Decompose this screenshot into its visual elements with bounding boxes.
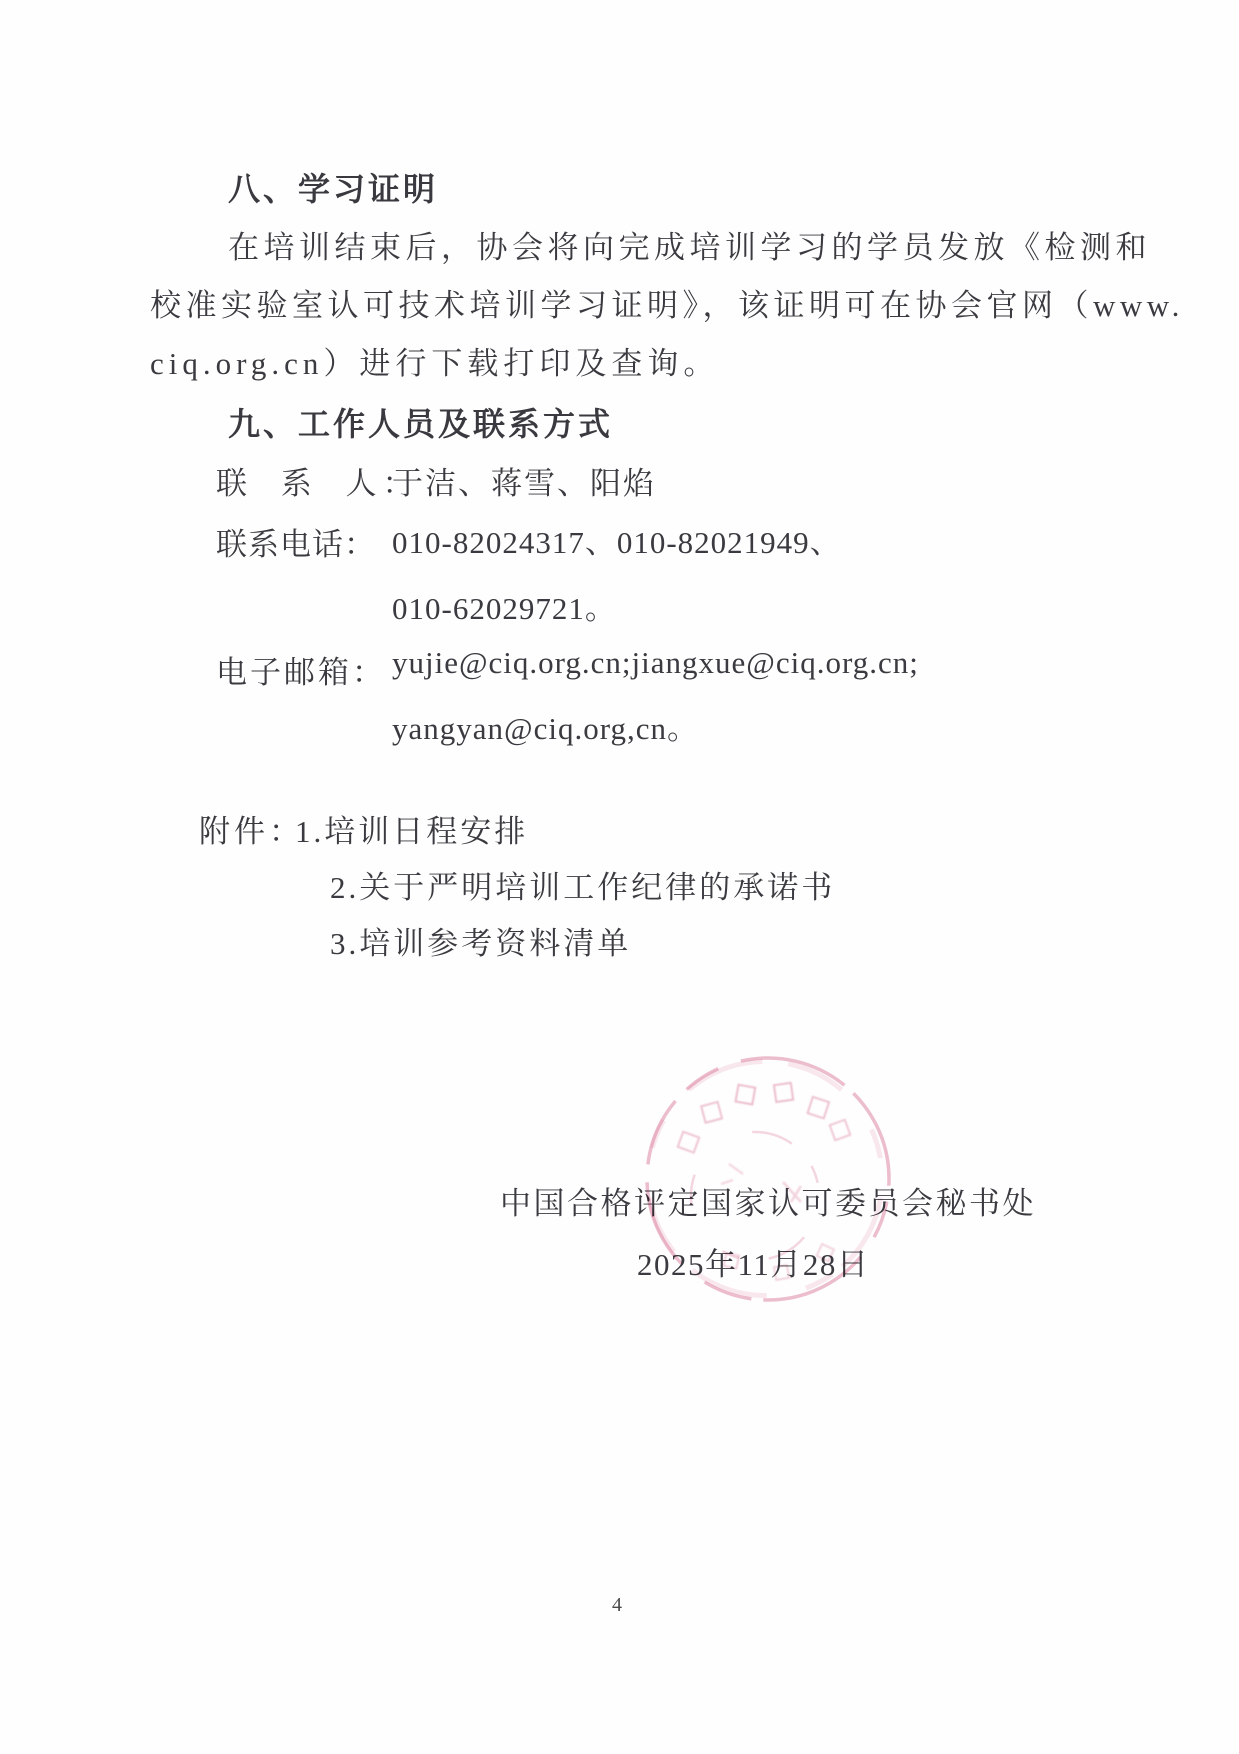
page-number: 4 [612,1594,622,1617]
contact-phone-label: 联系电话： [216,519,376,564]
contact-person-value: 于洁、蒋雪、阳焰 [392,458,656,503]
seal-inner-ring [665,1106,845,1286]
attachment-item-1: 1.培训日程安排 [295,806,528,851]
section8-paragraph-line2: 校准实验室认可技术培训学习证明》，该证明可在协会官网（www. [150,280,1184,325]
seal-glyph-fragments [678,1083,851,1280]
contact-person-label: 联 系 人： [216,458,420,503]
seal-outer-ring-smudge [633,1044,903,1314]
contact-email-value-line1: yujie@ciq.org.cn;jiangxue@ciq.org.cn; [392,645,919,681]
contact-phone-value-line1: 010-82024317、010-82021949、 [392,517,842,562]
contact-email-value-line2: yangyan@ciq.org,cn。 [392,703,699,748]
contact-phone-value-line2: 010-62029721。 [392,583,617,628]
section8-heading: 八、学习证明 [228,164,438,210]
seal-outer-ring [633,1044,903,1314]
attachments-label: 附件： [199,806,304,851]
section8-paragraph-line1: 在培训结束后，协会将向完成培训学习的学员发放《检测和 [228,222,1151,267]
section9-heading: 九、工作人员及联系方式 [228,399,613,445]
attachment-item-3: 3.培训参考资料清单 [330,918,631,963]
contact-email-label: 电子邮箱： [216,647,386,692]
official-seal-stamp [633,1044,903,1314]
attachment-item-2: 2.关于严明培训工作纪律的承诺书 [330,862,835,907]
document-page: 八、学习证明 在培训结束后，协会将向完成培训学习的学员发放《检测和 校准实验室认… [0,0,1239,1754]
section8-paragraph-line3: ciq.org.cn）进行下载打印及查询。 [150,338,719,383]
